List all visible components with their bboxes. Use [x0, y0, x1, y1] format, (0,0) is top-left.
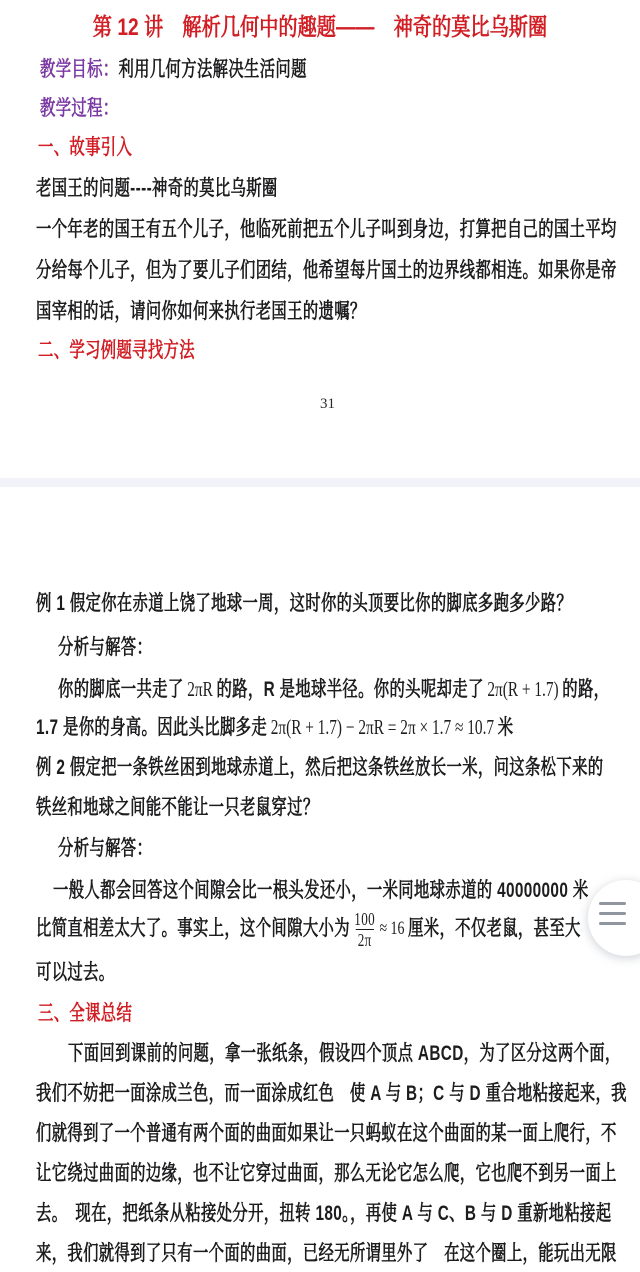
solution-text: 厘米，不仅老鼠，甚至大 [408, 918, 581, 940]
fraction-100-over-2pi: 100 2π [354, 909, 375, 950]
solution-text: 你的脚底一共走了 [58, 678, 184, 701]
summary-line-6: 来，我们就得到了只有一个面的曲面，已经无所谓里外了 在这个圈上，能玩出无限 [36, 1243, 617, 1265]
lesson-title: 第 12 讲 解析几何中的趣题—— 神奇的莫比乌斯圈 [64, 15, 576, 41]
example-2-solution-line-3: 可以过去。 [36, 962, 114, 984]
page-separator [0, 478, 640, 487]
fraction-numerator: 100 [354, 909, 375, 929]
teaching-process-label: 教学过程： [40, 98, 118, 120]
solution-text: 的路，R 是地球半径。你的头呢却走了 [216, 678, 483, 701]
example-1-solution-line-1: 你的脚底一共走了2πR的路，R 是地球半径。你的头呢却走了2π(R + 1.7)… [58, 678, 609, 701]
formula-2piR: 2πR [187, 677, 213, 701]
document-viewer: 第 12 讲 解析几何中的趣题—— 神奇的莫比乌斯圈 教学目标：利用几何方法解决… [0, 0, 640, 1272]
section-3-heading: 三、全课总结 [38, 1003, 132, 1025]
example-2-question-line-2: 铁丝和地球之间能不能让一只老鼠穿过？ [36, 797, 319, 819]
teaching-objective-text: 利用几何方法解决生活问题 [118, 58, 306, 81]
formula-2pi-R-plus: 2π(R + 1.7) [487, 677, 558, 701]
section-1-heading: 一、故事引入 [38, 137, 132, 159]
summary-line-1: 下面回到课前的问题，拿一张纸条，假设四个顶点 ABCD，为了区分这两个面， [68, 1043, 621, 1065]
menu-button[interactable] [588, 880, 640, 956]
example-2-question-line-1: 例 2 假定把一条铁丝困到地球赤道上，然后把这条铁丝放长一米，问这条松下来的 [36, 757, 603, 779]
teaching-objective-label: 教学目标： [40, 58, 118, 81]
story-line-3: 国宰相的话，请问你如何来执行老国王的遗嘱？ [36, 301, 366, 323]
example-1-solution-line-2: 1.7 是你的身高。因此头比脚多走2π(R + 1.7) − 2πR = 2π … [36, 716, 513, 739]
story-line-1: 一个年老的国王有五个儿子，他临死前把五个儿子叫到身边，打算把自己的国土平均 [36, 219, 617, 241]
summary-line-3: 们就得到了一个普通有两个面的曲面如果让一只蚂蚁在这个曲面的某一面上爬行，不 [36, 1123, 617, 1145]
example-1-question: 例 1 假定你在赤道上饶了地球一周，这时你的头顶要比你的脚底多跑多少路？ [36, 593, 572, 615]
solution-text: 米 [498, 716, 514, 739]
fraction-denominator: 2π [356, 929, 374, 950]
example-2-solution-line-2: 比简直相差太大了。事实上，这个间隙大小为 100 2π ≈ 16 厘米，不仅老鼠… [36, 905, 581, 953]
approx-value: ≈ 16 [379, 918, 404, 940]
solution-text: 1.7 是你的身高。因此头比脚多走 [36, 716, 267, 739]
summary-line-4: 让它绕过曲面的边缘，也不让它穿过曲面，那么无论它怎么爬，它也爬不到另一面上 [36, 1163, 617, 1185]
solution-text: 的路， [562, 678, 609, 701]
story-subtitle: 老国王的问题----神奇的莫比乌斯圈 [36, 178, 278, 200]
solution-text: 比简直相差太大了。事实上，这个间隙大小为 [36, 918, 350, 940]
summary-line-5: 去。 现在，把纸条从粘接处分开，扭转 180。，再使 A 与 C、B 与 D 重… [36, 1203, 611, 1225]
summary-line-2: 我们不妨把一面涂成兰色，而一面涂成红色 使 A 与 B；C 与 D 重合地粘接起… [36, 1083, 627, 1105]
teaching-objective-line: 教学目标：利用几何方法解决生活问题 [40, 59, 307, 81]
example-2-solution-line-1: 一般人都会回答这个间隙会比一根头发还小，一米同地球赤道的 40000000 米 [53, 880, 589, 902]
story-line-2: 分给每个儿子，但为了要儿子们团结，他希望每片国土的边界线都相连。如果你是帝 [36, 260, 617, 282]
analysis-label-1: 分析与解答： [58, 637, 152, 659]
analysis-label-2: 分析与解答： [58, 838, 152, 860]
formula-difference: 2π(R + 1.7) − 2πR = 2π × 1.7 ≈ 10.7 [271, 715, 494, 739]
page-number: 31 [0, 396, 640, 413]
section-2-heading: 二、学习例题寻找方法 [38, 340, 195, 362]
